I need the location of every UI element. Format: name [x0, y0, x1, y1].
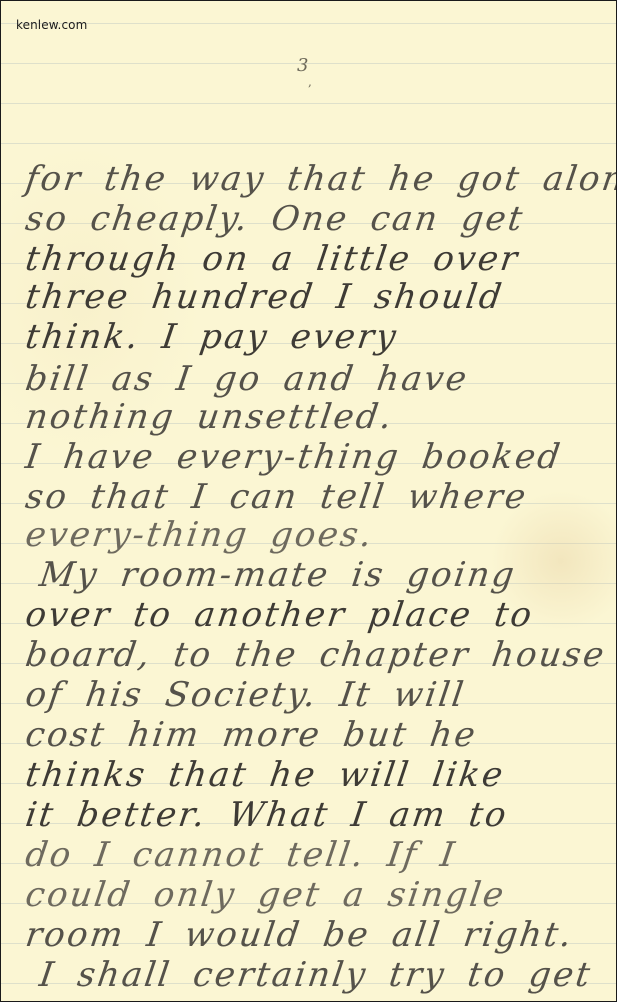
handwritten-line: think. I pay every: [23, 317, 616, 357]
handwritten-body: for the way that he got along so cheaply…: [1, 1, 616, 1001]
handwritten-line: bill as I go and have: [23, 359, 616, 399]
handwritten-line: through on a little over: [23, 239, 616, 279]
handwritten-line: room I would be all right.: [23, 915, 616, 955]
letter-page: kenlew.com 3 , for the way that he got a…: [0, 0, 617, 1002]
handwritten-line: thinks that he will like: [23, 755, 616, 795]
handwritten-line: I shall certainly try to get: [37, 955, 616, 995]
handwritten-line: could only get a single: [23, 875, 616, 915]
handwritten-line: so that I can tell where: [23, 477, 616, 517]
handwritten-line: board, to the chapter house: [23, 635, 616, 675]
handwritten-line: it better. What I am to: [23, 795, 616, 835]
handwritten-line: every-thing goes.: [23, 515, 616, 555]
handwritten-line: for the way that he got along: [23, 159, 616, 199]
handwritten-line: of his Society. It will: [23, 675, 616, 715]
handwritten-line: over to another place to: [23, 595, 616, 635]
handwritten-line: do I cannot tell. If I: [23, 835, 616, 875]
handwritten-line: so cheaply. One can get: [23, 199, 616, 239]
handwritten-line: three hundred I should: [23, 277, 616, 317]
handwritten-line: cost him more but he: [23, 715, 616, 755]
handwritten-line: My room-mate is going: [37, 555, 616, 595]
handwritten-line: nothing unsettled.: [23, 397, 616, 437]
handwritten-line: I have every-thing booked: [23, 437, 616, 477]
